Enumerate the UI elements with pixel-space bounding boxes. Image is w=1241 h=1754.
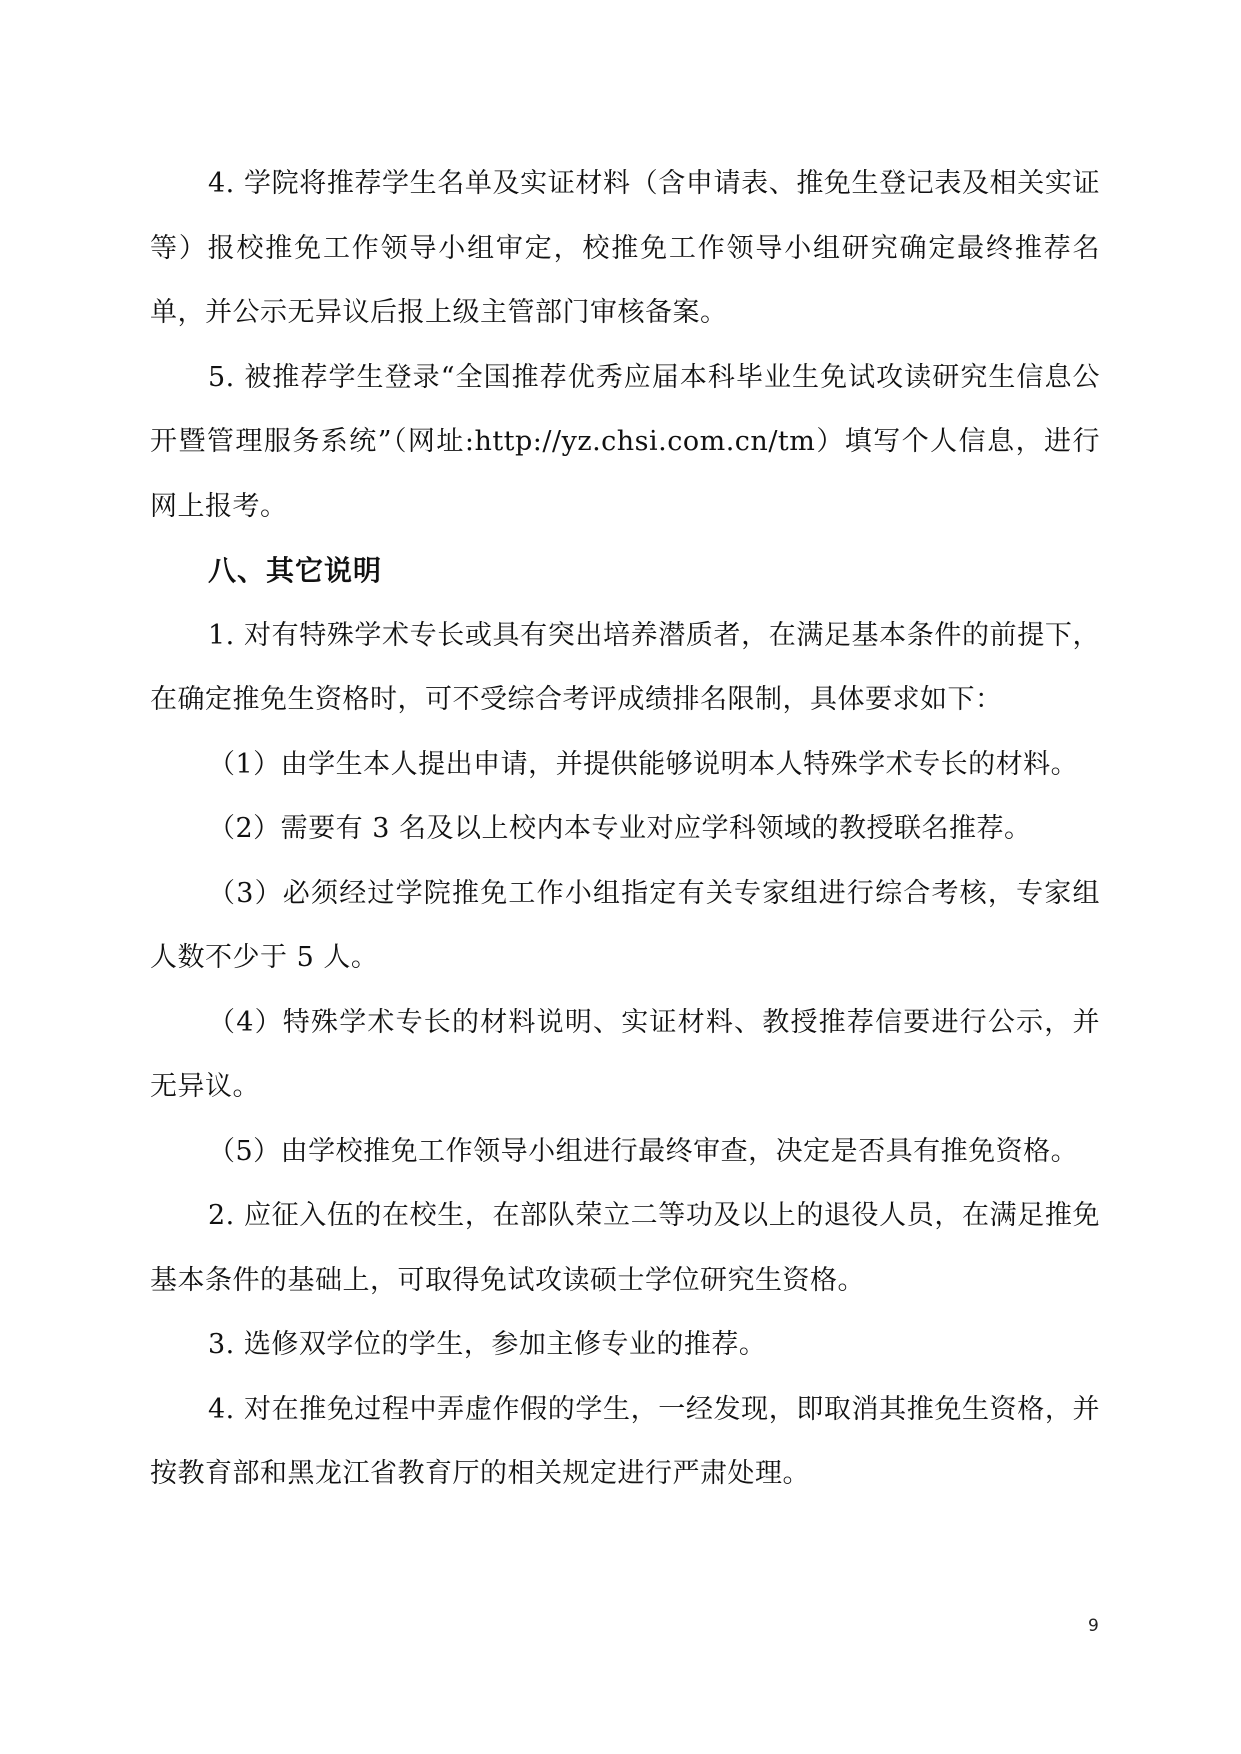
paragraph-item-5-register: 5. 被推荐学生登录“全国推荐优秀应届本科毕业生免试攻读研究生信息公开暨管理服务…: [150, 346, 1100, 540]
paragraph-item-4-submit: 4. 学院将推荐学生名单及实证材料（含申请表、推免生登记表及相关实证等）报校推免…: [150, 152, 1100, 346]
paragraph-note-3: 3. 选修双学位的学生，参加主修专业的推荐。: [150, 1313, 1100, 1378]
paragraph-note-1-sub-4: （4）特殊学术专长的材料说明、实证材料、教授推荐信要进行公示，并无异议。: [150, 991, 1100, 1120]
paragraph-note-4: 4. 对在推免过程中弄虚作假的学生，一经发现，即取消其推免生资格，并按教育部和黑…: [150, 1378, 1100, 1507]
paragraph-note-1: 1. 对有特殊学术专长或具有突出培养潜质者，在满足基本条件的前提下，在确定推免生…: [150, 604, 1100, 733]
paragraph-note-1-sub-2: （2）需要有 3 名及以上校内本专业对应学科领域的教授联名推荐。: [150, 797, 1100, 862]
paragraph-note-1-sub-5: （5）由学校推免工作领导小组进行最终审查，决定是否具有推免资格。: [150, 1120, 1100, 1185]
document-page: 4. 学院将推荐学生名单及实证材料（含申请表、推免生登记表及相关实证等）报校推免…: [150, 152, 1100, 1507]
paragraph-note-1-sub-1: （1）由学生本人提出申请，并提供能够说明本人特殊学术专长的材料。: [150, 733, 1100, 798]
page-number: 9: [1088, 1616, 1099, 1636]
paragraph-note-2: 2. 应征入伍的在校生，在部队荣立二等功及以上的退役人员，在满足推免基本条件的基…: [150, 1184, 1100, 1313]
paragraph-note-1-sub-3: （3）必须经过学院推免工作小组指定有关专家组进行综合考核，专家组人数不少于 5 …: [150, 862, 1100, 991]
section-heading-other-notes: 八、其它说明: [150, 539, 1100, 604]
